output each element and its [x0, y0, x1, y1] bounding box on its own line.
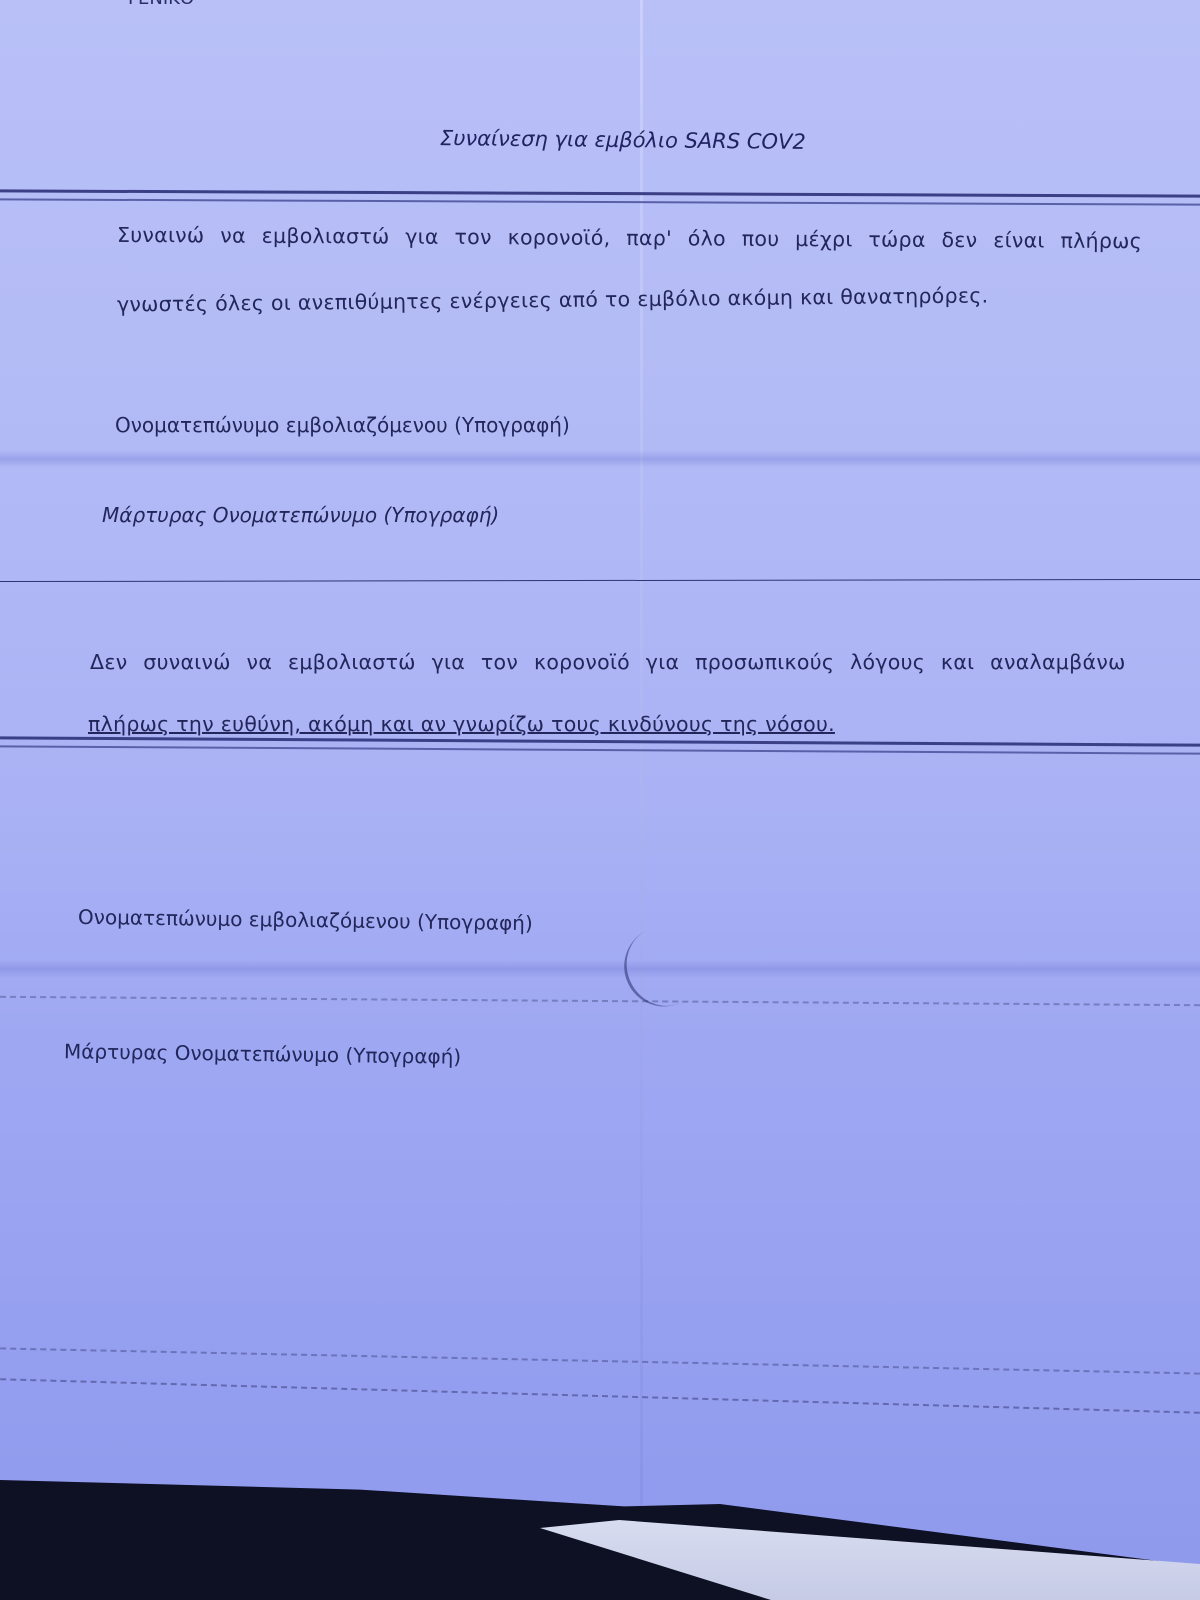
horizontal-fold-shadow [0, 960, 1200, 978]
cut-off-header: ΓΕΝΙΚΟ [128, 0, 194, 9]
section-divider [0, 579, 1200, 582]
faded-print-line [0, 1378, 1200, 1414]
paper-crease [611, 920, 702, 1019]
refusal-witness-signature-label: Μάρτυρας Ονοματεπώνυμο (Υπογραφή) [64, 1039, 461, 1069]
consent-vaccinee-signature-label: Ονοματεπώνυμο εμβολιαζόμενου (Υπογραφή) [115, 413, 570, 437]
refusal-paragraph-line2: πλήρως την ευθύνη, ακόμη και αν γνωρίζω … [88, 712, 835, 736]
refusal-paragraph-line1: Δεν συναινώ να εμβολιαστώ για τον κορονο… [90, 650, 1126, 674]
consent-witness-signature-label: Μάρτυρας Ονοματεπώνυμο (Υπογραφή) [102, 503, 499, 527]
section-divider [0, 189, 1200, 205]
refusal-vaccinee-signature-label: Ονοματεπώνυμο εμβολιαζόμενου (Υπογραφή) [78, 905, 533, 935]
consent-paragraph-line2: γνωστές όλες οι ανεπιθύμητες ενέργειες α… [117, 283, 989, 316]
faded-print-line [0, 996, 1200, 1006]
consent-paragraph-line1: Συναινώ να εμβολιαστώ για τον κορονοϊό, … [117, 223, 1142, 253]
document-title: Συναίνεση για εμβόλιο SARS COV2 [440, 126, 806, 154]
horizontal-fold-shadow [0, 450, 1200, 468]
faded-print-line [0, 1347, 1200, 1374]
refusal-paragraph-text: πλήρως την ευθύνη, ακόμη και αν γνωρίζω … [88, 712, 835, 736]
section-divider [0, 736, 1200, 754]
consent-form-sheet: ΓΕΝΙΚΟ Συναίνεση για εμβόλιο SARS COV2 Σ… [0, 0, 1200, 1600]
